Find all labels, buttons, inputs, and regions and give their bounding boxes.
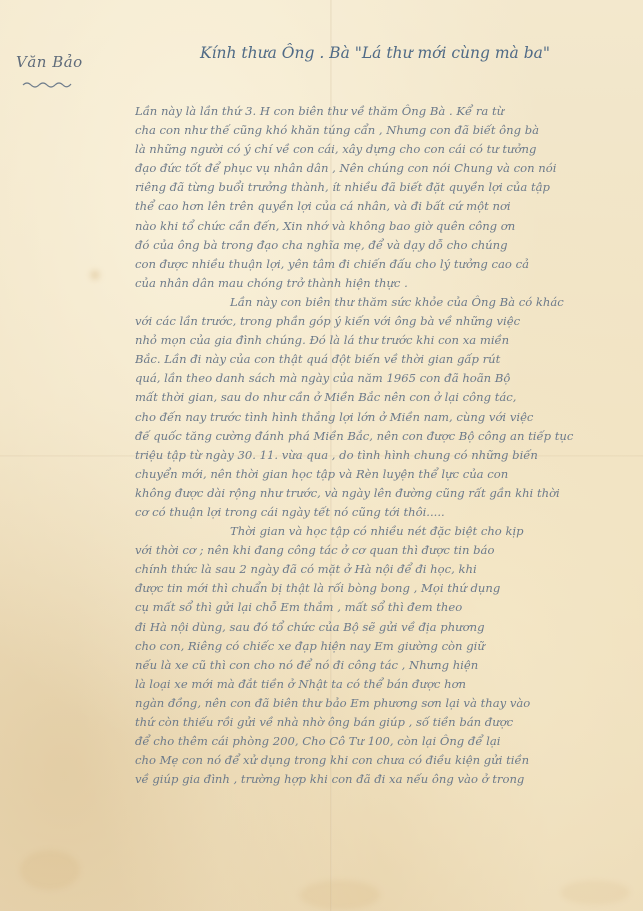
letter-line: cho Mẹ con nó để xử dụng trong khi con c… — [135, 751, 635, 770]
letter-line: ngàn đồng, nên con đã biên thư bảo Em ph… — [135, 694, 635, 713]
squiggle-underline-icon — [22, 80, 72, 88]
paper-stain — [300, 880, 380, 910]
letter-line: của nhân dân mau chóng trở thành hiện th… — [135, 274, 635, 293]
letter-salutation: Kính thưa Ông . Bà "Lá thư mới cùng mà b… — [200, 44, 630, 62]
letter-line: cơ có thuận lợi trong cái ngày tết nó cũ… — [135, 503, 635, 522]
letter-line: đạo đức tốt để phục vụ nhân dân , Nên ch… — [135, 159, 635, 178]
letter-line: Lần này con biên thư thăm sức khỏe của Ô… — [135, 293, 635, 312]
letter-line: Lần này là lần thứ 3. H con biên thư về … — [135, 102, 635, 121]
letter-line: riêng đã từng buổi trưởng thành, ít nhiề… — [135, 178, 635, 197]
letter-line: không được dài rộng như trước, và ngày l… — [135, 484, 635, 503]
letter-line: Thời gian và học tập có nhiều nét đặc bi… — [135, 522, 635, 541]
letter-line: chính thức là sau 2 ngày đã có mặt ở Hà … — [135, 560, 635, 579]
letter-line: triệu tập từ ngày 30. 11. vừa qua , do t… — [135, 446, 635, 465]
sender-note: Văn Bảo — [16, 53, 83, 71]
letter-line: đế quốc tăng cường đánh phá Miền Bắc, nê… — [135, 427, 635, 446]
letter-line: đi Hà nội dùng, sau đó tổ chức của Bộ sẽ… — [135, 618, 635, 637]
letter-line: được tin mới thì chuẩn bị thật là rối bò… — [135, 579, 635, 598]
letter-line: con được nhiều thuận lợi, yên tâm đi chi… — [135, 255, 635, 274]
letter-line: chuyển mới, nên thời gian học tập và Rèn… — [135, 465, 635, 484]
paper-stain — [90, 270, 100, 280]
letter-line: đó của ông bà trong đạo cha nghĩa mẹ, để… — [135, 236, 635, 255]
letter-line: thứ còn thiếu rồi gửi về nhà nhờ ông bán… — [135, 713, 635, 732]
letter-line: về giúp gia đình , trường hợp khi con đã… — [135, 770, 635, 789]
letter-line: nhỏ mọn của gia đình chúng. Đó là lá thư… — [135, 331, 635, 350]
letter-line: cho con, Riêng có chiếc xe đạp hiện nay … — [135, 637, 635, 656]
letter-line: nào khi tổ chức cần đến, Xin nhớ và khôn… — [135, 217, 635, 236]
letter-line: Bắc. Lần đi này của con thật quá đột biế… — [135, 350, 635, 369]
letter-line: thể cao hơn lên trên quyền lợi của cá nh… — [135, 197, 635, 216]
letter-page: Văn Bảo Kính thưa Ông . Bà "Lá thư mới c… — [0, 0, 643, 911]
letter-line: với các lần trước, trong phần góp ý kiến… — [135, 312, 635, 331]
letter-line: mất thời gian, sau do như cần ở Miền Bắc… — [135, 388, 635, 407]
letter-line: là loại xe mới mà đắt tiền ở Nhật ta có … — [135, 675, 635, 694]
letter-line: cụ mất sổ thì gửi lại chỗ Em thắm , mất … — [135, 598, 635, 617]
letter-line: cha con như thế cũng khó khăn túng cẩn ,… — [135, 121, 635, 140]
letter-line: nếu là xe cũ thì con cho nó để nó đi côn… — [135, 656, 635, 675]
letter-line: là những người có ý chí về con cái, xây … — [135, 140, 635, 159]
letter-line: cho đến nay trước tình hình thắng lợi lớ… — [135, 408, 635, 427]
letter-line: quá, lần theo danh sách mà ngày của năm … — [135, 369, 635, 388]
letter-line: để cho thêm cái phòng 200, Cho Cô Tư 100… — [135, 732, 635, 751]
letter-body: Lần này là lần thứ 3. H con biên thư về … — [135, 102, 635, 789]
paper-stain — [560, 880, 630, 905]
letter-line: với thời cơ ; nên khi đang công tác ở cơ… — [135, 541, 635, 560]
paper-stain — [20, 850, 80, 890]
